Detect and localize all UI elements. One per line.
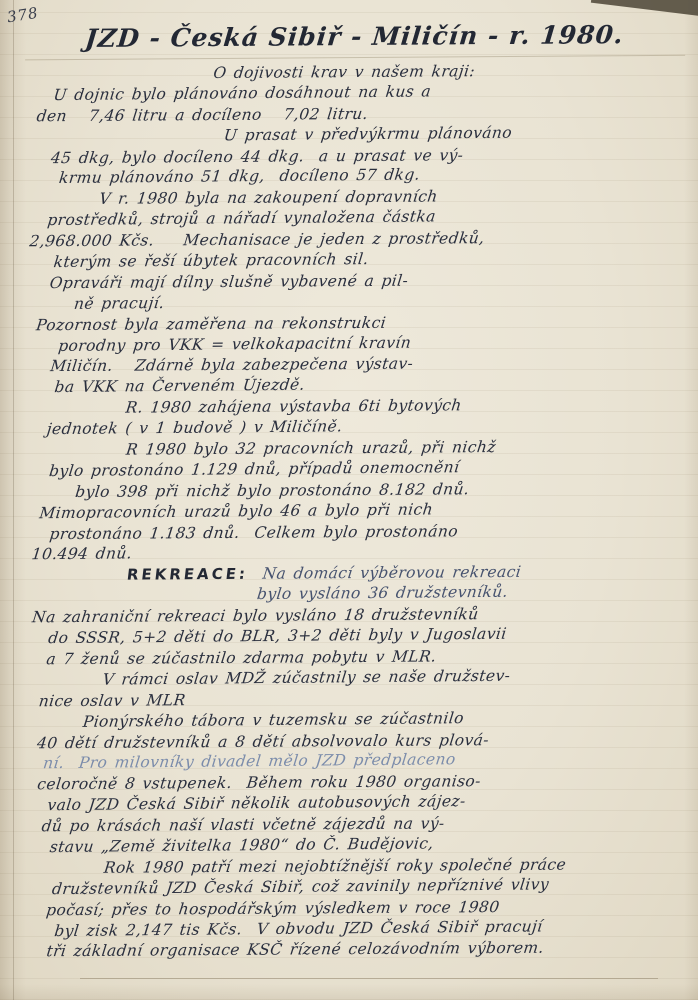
handwritten-content: JZD - Česká Sibiř - Miličín - r. 1980. O… bbox=[27, 20, 694, 963]
line-text: valo JZD Česká Sibiř několik autobusovýc… bbox=[46, 792, 466, 814]
line-text: ní. Pro milovníky divadel mělo JZD předp… bbox=[42, 751, 456, 773]
line-text: a 7 ženů se zúčastnilo zdarma pobytu v M… bbox=[45, 647, 437, 668]
line-text: krmu plánováno 51 dkg, docíleno 57 dkg. bbox=[58, 166, 421, 187]
line-text: 10.494 dnů. bbox=[31, 545, 133, 564]
line-text: 45 dkg, bylo docíleno 44 dkg. a u prasat… bbox=[50, 146, 464, 167]
line-text: Na domácí výběrovou rekreaci bbox=[247, 563, 522, 583]
line-text: ně pracují. bbox=[73, 294, 165, 313]
line-text: bylo vysláno 36 družstevníků. bbox=[256, 583, 509, 603]
line-text: V r. 1980 byla na zakoupení dopravních bbox=[98, 188, 439, 208]
section-label: REKREACE: bbox=[126, 565, 249, 584]
page-gutter-crease bbox=[13, 0, 14, 1000]
line-text: celoročně 8 vstupenek. Během roku 1980 o… bbox=[36, 772, 482, 793]
line-text: nice oslav v MLR bbox=[38, 691, 187, 710]
line-text: dů po krásách naší vlasti včetně zájezdů… bbox=[41, 814, 446, 835]
line-text: bylo prostonáno 1.129 dnů, případů onemo… bbox=[48, 458, 460, 480]
line-text: počasí; přes to hospodářským výsledkem v… bbox=[45, 898, 500, 919]
chronicle-page: 378 JZD - Česká Sibiř - Miličín - r. 198… bbox=[0, 0, 698, 1000]
line-text: stavu „Země živitelka 1980“ do Č. Budějo… bbox=[49, 834, 435, 856]
line-text: porodny pro VKK = velkokapacitní kravín bbox=[57, 333, 412, 354]
line-text: Miličín. Zdárně byla zabezpečena výstav- bbox=[49, 355, 414, 376]
line-text: R. 1980 zahájena výstavba 6ti bytových bbox=[125, 397, 463, 417]
line-text: den 7,46 litru a docíleno 7,02 litru. bbox=[36, 105, 369, 125]
handwritten-lines: O dojivosti krav v našem kraji:U dojnic … bbox=[27, 60, 693, 963]
line-text: prostředků, strojů a nářadí vynaložena č… bbox=[46, 208, 436, 230]
line-text: Na zahraniční rekreaci bylo vysláno 18 d… bbox=[31, 605, 479, 626]
line-text: O dojivosti krav v našem kraji: bbox=[212, 62, 476, 82]
line-text: U prasat v předvýkrmu plánováno bbox=[223, 123, 513, 144]
line-text: 2,968.000 Kčs. Mechanisace je jeden z pr… bbox=[29, 229, 486, 250]
line-text: Mimopracovních urazů bylo 46 a bylo při … bbox=[38, 500, 434, 522]
line-text: kterým se řeší úbytek pracovních sil. bbox=[53, 250, 370, 271]
line-text: Pionýrského tábora v tuzemsku se zúčastn… bbox=[82, 709, 465, 731]
line-text: R 1980 bylo 32 pracovních urazů, při nic… bbox=[125, 438, 497, 459]
line-text: bylo 398 při nichž bylo prostonáno 8.182… bbox=[74, 480, 470, 501]
line-text: ba VKK na Červeném Újezdě. bbox=[54, 376, 306, 396]
line-text: prostonáno 1.183 dnů. Celkem bylo prosto… bbox=[49, 522, 459, 543]
line-text: tři základní organisace KSČ řízené celoz… bbox=[46, 939, 545, 960]
line-text: Pozornost byla zaměřena na rekonstrukci bbox=[35, 313, 387, 333]
scan-corner-shadow bbox=[591, 0, 698, 17]
closing-rule bbox=[80, 978, 658, 979]
line-text: do SSSR, 5+2 děti do BLR, 3+2 děti byly … bbox=[47, 625, 507, 647]
line-text: V rámci oslav MDŽ zúčastnily se naše dru… bbox=[102, 667, 512, 689]
line-text: byl zisk 2,147 tis Kčs. V obvodu JZD Čes… bbox=[53, 917, 543, 940]
line-text: Rok 1980 patří mezi nejobtížnější roky s… bbox=[103, 855, 567, 876]
line-text: U dojnic bylo plánováno dosáhnout na kus… bbox=[53, 82, 433, 104]
line-text: družstevníků JZD Česká Sibiř, což zavini… bbox=[51, 875, 550, 898]
line-text: Opraváři mají dílny slušně vybavené a pi… bbox=[49, 272, 409, 293]
text-line: tři základní organisace KSČ řízené celoz… bbox=[33, 937, 695, 963]
page-title: JZD - Česká Sibiř - Miličín - r. 1980. bbox=[25, 20, 689, 61]
line-text: jednotek ( v 1 budově ) v Miličíně. bbox=[46, 417, 344, 438]
page-number: 378 bbox=[6, 4, 40, 27]
